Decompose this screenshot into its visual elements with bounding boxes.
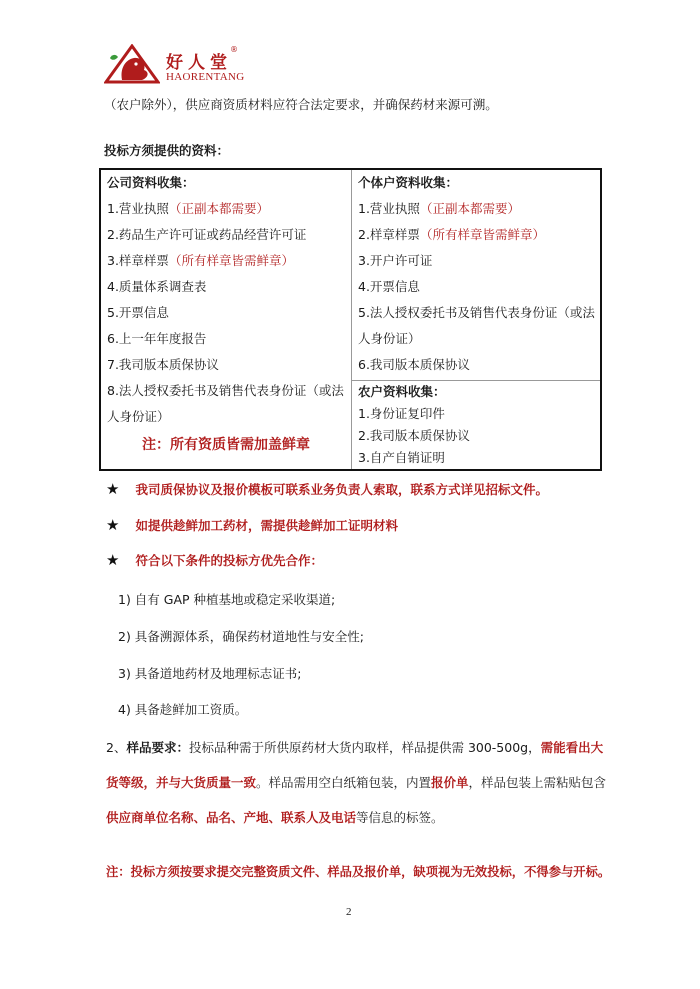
bullet-item: ★ 如提供趁鲜加工药材，需提供趁鲜加工证明材料 (106, 517, 398, 534)
company-heading: 公司资料收集： (101, 170, 351, 196)
company-item: 6.上一年年度报告 (101, 326, 351, 352)
farmer-item: 1.身份证复印件 (352, 403, 600, 425)
intro-line: （农户除外），供应商资质材料应符合法定要求，并确保药材来源可溯。 (104, 97, 498, 113)
company-item: 8.法人授权委托书及销售代表身份证（或法 (101, 378, 351, 404)
company-column: 公司资料收集： 1.营业执照（正副本都需要） 2.药品生产许可证或药品经营许可证… (100, 169, 352, 470)
company-item: 1.营业执照（正副本都需要） (101, 196, 351, 222)
bullet-item: ★ 符合以下条件的投标方优先合作： (106, 552, 323, 569)
star-icon: ★ (106, 516, 119, 534)
sample-line-1: 2、样品要求：投标品种需于所供原药材大货内取样，样品提供需 300-500g，需… (106, 740, 603, 756)
condition-item: 1) 自有 GAP 种植基地或稳定采收渠道; (118, 592, 335, 608)
individual-item: 2.样章样票（所有样章皆需鲜章） (352, 222, 600, 248)
requirements-table: 公司资料收集： 1.营业执照（正副本都需要） 2.药品生产许可证或药品经营许可证… (99, 168, 602, 471)
bullet-item: ★ 我司质保协议及报价模板可联系业务负责人索取，联系方式详见招标文件。 (106, 481, 548, 498)
company-logo: 好人堂 ® HAORENTANG (104, 44, 274, 86)
company-item: 5.开票信息 (101, 300, 351, 326)
section-title: 投标方须提供的资料： (104, 143, 229, 159)
condition-item: 4) 具备趁鲜加工资质。 (118, 702, 247, 718)
logo-english-name: HAORENTANG (166, 71, 245, 83)
individual-item: 1.营业执照（正副本都需要） (352, 196, 600, 222)
company-item: 人身份证） (101, 404, 351, 430)
individual-farmer-column: 个体户资料收集： 1.营业执照（正副本都需要） 2.样章样票（所有样章皆需鲜章）… (352, 169, 602, 470)
farmer-item: 2.我司版本质保协议 (352, 425, 600, 447)
company-item: 4.质量体系调查表 (101, 274, 351, 300)
logo-chinese-name: 好人堂 (166, 48, 232, 73)
individual-item: 6.我司版本质保协议 (352, 352, 600, 378)
star-icon: ★ (106, 551, 119, 569)
sample-line-3: 供应商单位名称、品名、产地、联系人及电话等信息的标签。 (106, 810, 444, 826)
individual-item: 3.开户许可证 (352, 248, 600, 274)
final-note: 注：投标方须按要求提交完整资质文件、样品及报价单，缺项视为无效投标，不得参与开标… (106, 864, 610, 880)
individual-heading: 个体户资料收集： (352, 170, 600, 196)
company-item: 2.药品生产许可证或药品经营许可证 (101, 222, 351, 248)
company-item: 3.样章样票（所有样章皆需鲜章） (101, 248, 351, 274)
sample-line-2: 货等级，并与大货质量一致。样品需用空白纸箱包装，内置报价单，样品包装上需粘贴包含 (106, 775, 606, 791)
registered-mark: ® (230, 45, 238, 54)
page-number: 2 (346, 906, 352, 918)
individual-item: 人身份证） (352, 326, 600, 352)
condition-item: 3) 具备道地药材及地理标志证书; (118, 666, 302, 682)
logo-bird-icon (104, 44, 160, 84)
individual-item: 4.开票信息 (352, 274, 600, 300)
company-footnote: 注：所有资质皆需加盖鲜章 (101, 430, 351, 460)
condition-item: 2) 具备溯源体系，确保药材道地性与安全性; (118, 629, 364, 645)
star-icon: ★ (106, 480, 119, 498)
farmer-item: 3.自产自销证明 (352, 447, 600, 469)
farmer-heading: 农户资料收集： (352, 381, 600, 403)
individual-item: 5.法人授权委托书及销售代表身份证（或法 (352, 300, 600, 326)
company-item: 7.我司版本质保协议 (101, 352, 351, 378)
